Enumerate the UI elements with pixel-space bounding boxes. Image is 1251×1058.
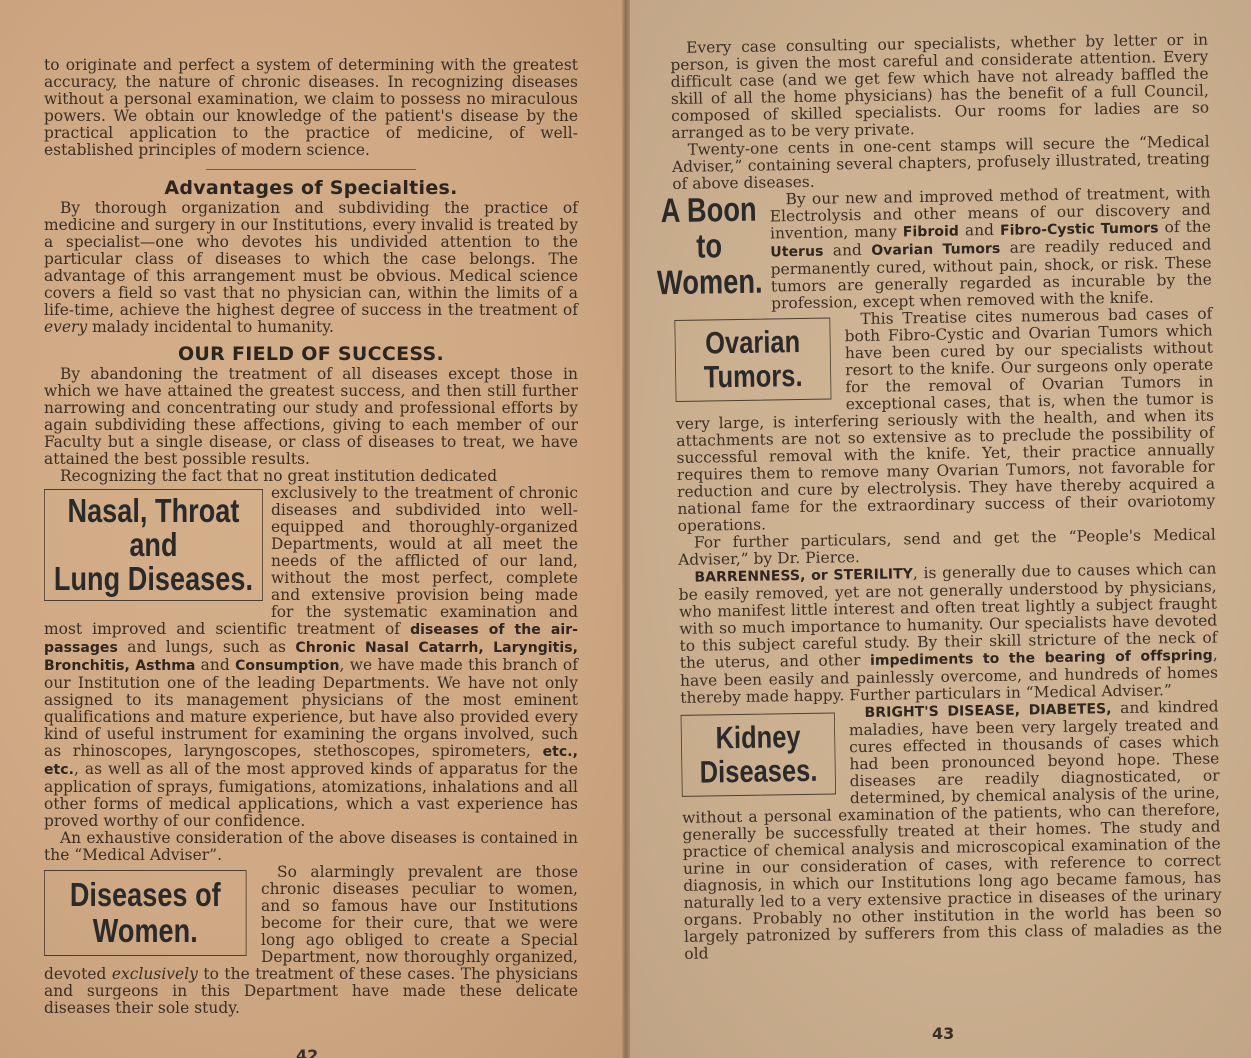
right-page: Every case consulting our specialists, w… — [626, 0, 1251, 1058]
advantages-heading: Advantages of Specialties. — [44, 176, 578, 200]
field-heading: OUR FIELD OF SUCCESS. — [44, 342, 578, 366]
intro-paragraph: to originate and perfect a system of det… — [44, 57, 578, 159]
boon-line: A Boon — [654, 192, 763, 230]
book-gutter — [622, 0, 630, 1058]
boon-text: of the — [1158, 218, 1211, 237]
box-line: Lung Diseases. — [45, 562, 262, 596]
box-line: Women. — [45, 913, 246, 949]
kidney-diseases-box: Kidney Diseases. — [681, 712, 836, 796]
left-page-number: 42 — [296, 1046, 318, 1058]
boon-text: and — [823, 241, 871, 260]
nasal-bold: Consumption — [235, 658, 339, 674]
advantages-text-end: malady incidental to humanity. — [87, 318, 334, 336]
recognizing-lead: Recognizing the fact that no great insti… — [44, 468, 578, 485]
barrenness-paragraph: BARRENNESS, or STERILITY, is generally d… — [678, 560, 1218, 706]
nasal-text: , as well as all of the most approved ki… — [44, 760, 578, 830]
boon-text: and — [959, 221, 1000, 240]
boon-bold: Uterus — [770, 244, 823, 261]
nasal-text: and lungs, such as — [118, 638, 296, 656]
ovarian-tumors-box: Ovarian Tumors. — [674, 318, 831, 402]
boon-line: Women. — [656, 264, 765, 302]
diseases-of-women-box: Diseases of Women. — [44, 870, 247, 956]
boon-to-women-heading: A Boon to Women. — [654, 192, 764, 302]
right-page-text-column: Every case consulting our specialists, w… — [670, 32, 1222, 963]
box-line: Tumors. — [676, 359, 831, 395]
advantages-emphasis: every — [44, 318, 87, 336]
boon-line: to — [655, 228, 764, 266]
advantages-paragraph: By thorough organization and subdividing… — [44, 200, 578, 336]
left-page-text-column: to originate and perfect a system of det… — [44, 57, 578, 1017]
nasal-text: and — [195, 656, 235, 674]
advantages-text: By thorough organization and subdividing… — [44, 199, 578, 319]
box-line: Nasal, Throat — [45, 494, 262, 528]
box-line: Kidney — [682, 720, 835, 756]
adviser-paragraph: An exhaustive consideration of the above… — [44, 830, 578, 864]
left-page: to originate and perfect a system of det… — [0, 0, 626, 1058]
box-line: Ovarian — [675, 325, 830, 361]
consult-paragraph: Every case consulting our specialists, w… — [670, 32, 1210, 142]
nasal-throat-lung-box: Nasal, Throat and Lung Diseases. — [44, 489, 263, 601]
field-paragraph: By abandoning the treatment of all disea… — [44, 366, 578, 468]
section-divider — [206, 169, 416, 170]
box-line: Diseases of — [45, 877, 246, 913]
right-page-number: 43 — [932, 1024, 954, 1043]
women-emphasis: exclusively — [112, 965, 198, 983]
boon-bold: Fibroid — [903, 223, 959, 240]
box-line: and — [45, 528, 262, 562]
box-line: Diseases. — [682, 754, 835, 790]
